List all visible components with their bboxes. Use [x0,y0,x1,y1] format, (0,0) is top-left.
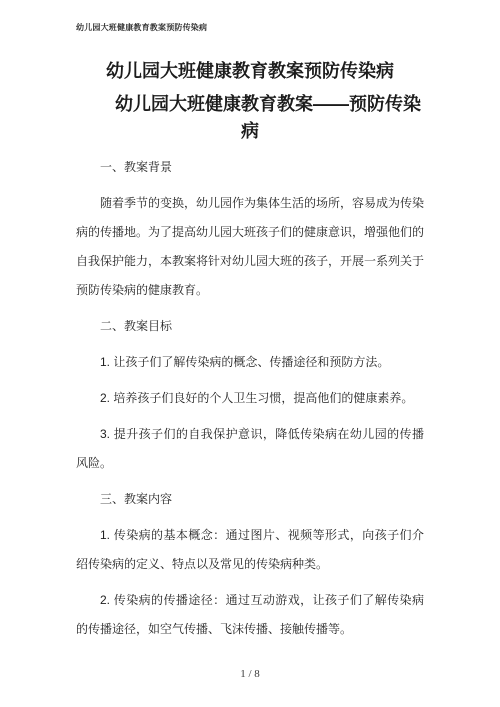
body-paragraph: 1. 传染病的基本概念：通过图片、视频等形式，向孩子们介绍传染病的定义、特点以及… [76,521,424,579]
document-body: 一、教案背景随着季节的变换，幼儿园作为集体生活的场所，容易成为传染病的传播地。为… [76,153,424,644]
document-page: 幼儿园大班健康教育教案预防传染病 幼儿园大班健康教育教案预防传染病 幼儿园大班健… [0,0,500,707]
document-title-secondary: 幼儿园大班健康教育教案——预防传染病 [76,91,424,145]
body-paragraph: 2. 培养孩子们良好的个人卫生习惯，提高他们的健康素养。 [76,384,424,413]
section-heading: 三、教案内容 [76,485,424,514]
body-paragraph: 3. 提升孩子们的自我保护意识，降低传染病在幼儿园的传播风险。 [76,420,424,478]
document-header-text: 幼儿园大班健康教育教案预防传染病 [76,22,424,34]
page-number: 1 / 8 [0,667,500,681]
body-paragraph: 1. 让孩子们了解传染病的概念、传播途径和预防方法。 [76,348,424,377]
section-heading: 二、教案目标 [76,312,424,341]
document-title-primary: 幼儿园大班健康教育教案预防传染病 [76,58,424,85]
body-paragraph: 随着季节的变换，幼儿园作为集体生活的场所，容易成为传染病的传播地。为了提高幼儿园… [76,189,424,305]
section-heading: 一、教案背景 [76,153,424,182]
body-paragraph: 2. 传染病的传播途径：通过互动游戏，让孩子们了解传染病的传播途径，如空气传播、… [76,586,424,644]
